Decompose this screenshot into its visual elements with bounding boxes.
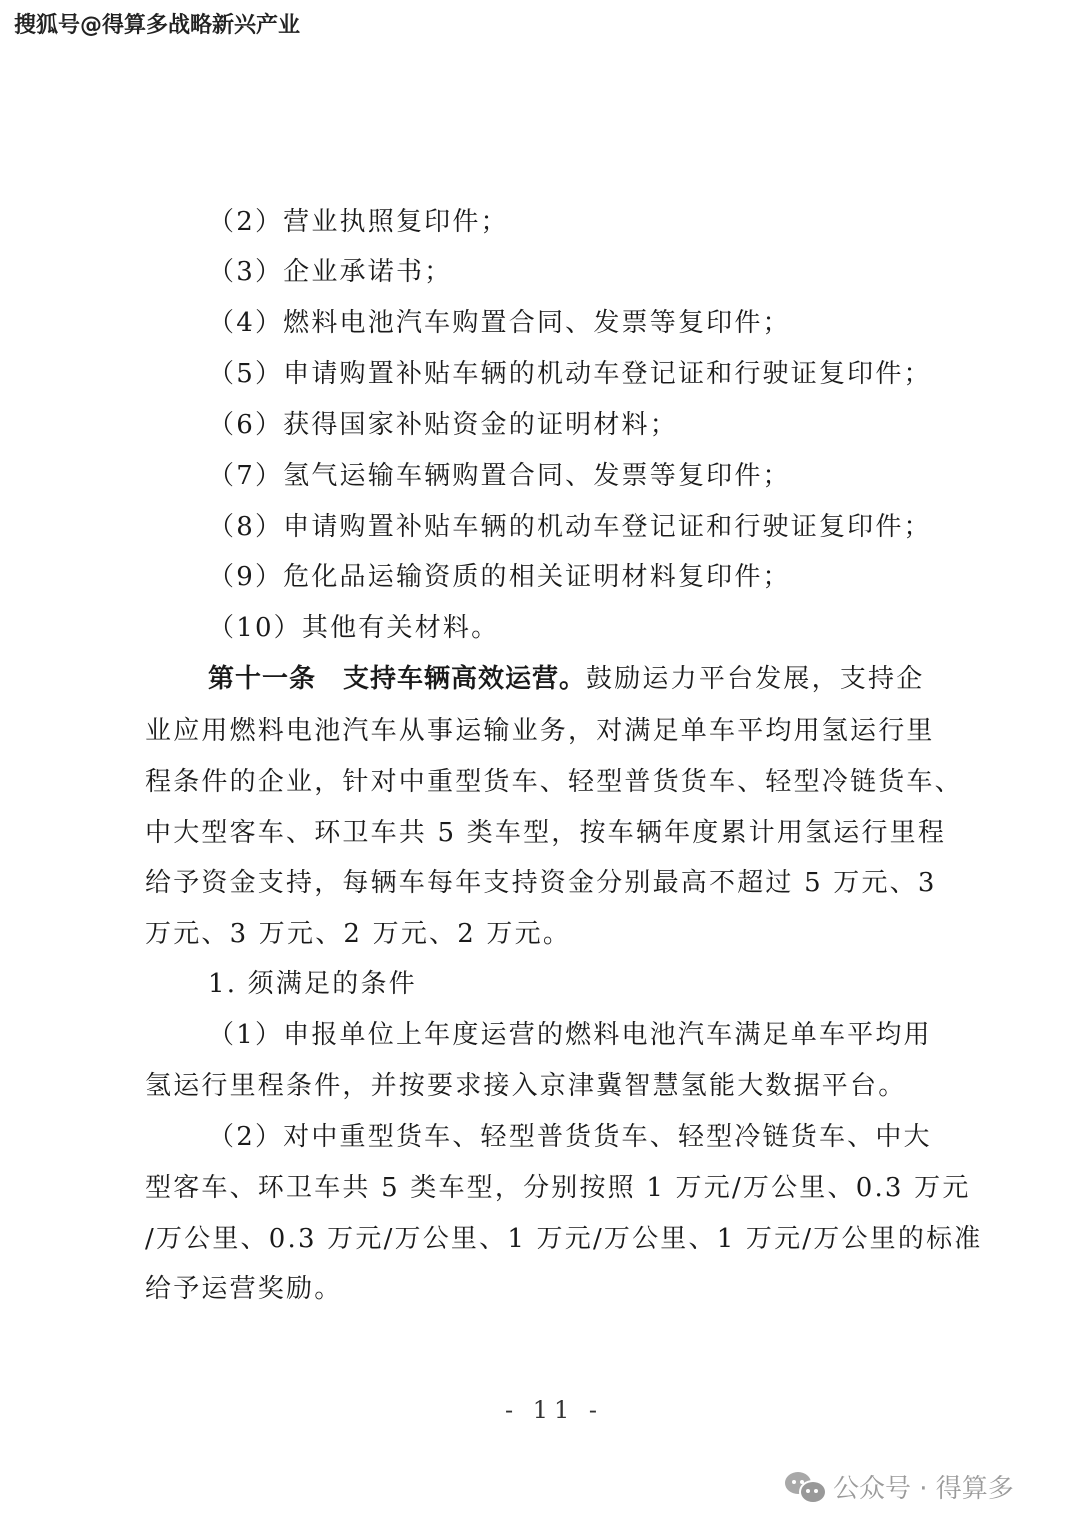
list-item: （4）燃料电池汽车购置合同、发票等复印件；: [208, 305, 1008, 341]
article-heading-line: 第十一条 支持车辆高效运营。鼓励运力平台发展，支持企: [208, 661, 1008, 697]
list-item: （5）申请购置补贴车辆的机动车登记证和行驶证复印件；: [208, 356, 1008, 392]
list-item: （6）获得国家补贴资金的证明材料；: [208, 407, 1008, 443]
paragraph-line: 中大型客车、环卫车共 5 类车型，按车辆年度累计用氢运行里程: [145, 815, 945, 851]
list-item: （9）危化品运输资质的相关证明材料复印件；: [208, 559, 1008, 595]
list-item: （7）氢气运输车辆购置合同、发票等复印件；: [208, 458, 1008, 494]
wechat-icon: [785, 1470, 825, 1504]
page-number: - 11 -: [505, 1396, 603, 1424]
source-watermark: 搜狐号@得算多战略新兴产业: [14, 8, 300, 39]
footer-watermark: 公众号 · 得算多: [785, 1468, 1014, 1505]
paragraph-line: 给予资金支持，每辆车每年支持资金分别最高不超过 5 万元、3: [145, 865, 945, 901]
paragraph-line: 型客车、环卫车共 5 类车型，分别按照 1 万元/万公里、0.3 万元: [145, 1170, 945, 1206]
paragraph-line: 程条件的企业，针对中重型货车、轻型普货货车、轻型冷链货车、: [145, 764, 945, 800]
paragraph-line: 万元、3 万元、2 万元、2 万元。: [145, 916, 945, 952]
footer-watermark-text: 公众号 · 得算多: [833, 1468, 1014, 1505]
section-title: 1. 须满足的条件: [208, 966, 1008, 1002]
paragraph-line: （1）申报单位上年度运营的燃料电池汽车满足单车平均用: [208, 1017, 1008, 1053]
article-heading: 第十一条 支持车辆高效运营。: [208, 664, 586, 694]
paragraph-line: 给予运营奖励。: [145, 1271, 945, 1307]
list-item: （10）其他有关材料。: [208, 610, 1008, 646]
paragraph-line: /万公里、0.3 万元/万公里、1 万元/万公里、1 万元/万公里的标准: [145, 1221, 945, 1257]
list-item: （3）企业承诺书；: [208, 254, 1008, 290]
paragraph-line: 氢运行里程条件，并按要求接入京津冀智慧氢能大数据平台。: [145, 1068, 945, 1104]
list-item: （8）申请购置补贴车辆的机动车登记证和行驶证复印件；: [208, 509, 1008, 545]
paragraph-line: 业应用燃料电池汽车从事运输业务，对满足单车平均用氢运行里: [145, 713, 945, 749]
list-item: （2）营业执照复印件；: [208, 204, 1008, 240]
paragraph-line: （2）对中重型货车、轻型普货货车、轻型冷链货车、中大: [208, 1119, 1008, 1155]
